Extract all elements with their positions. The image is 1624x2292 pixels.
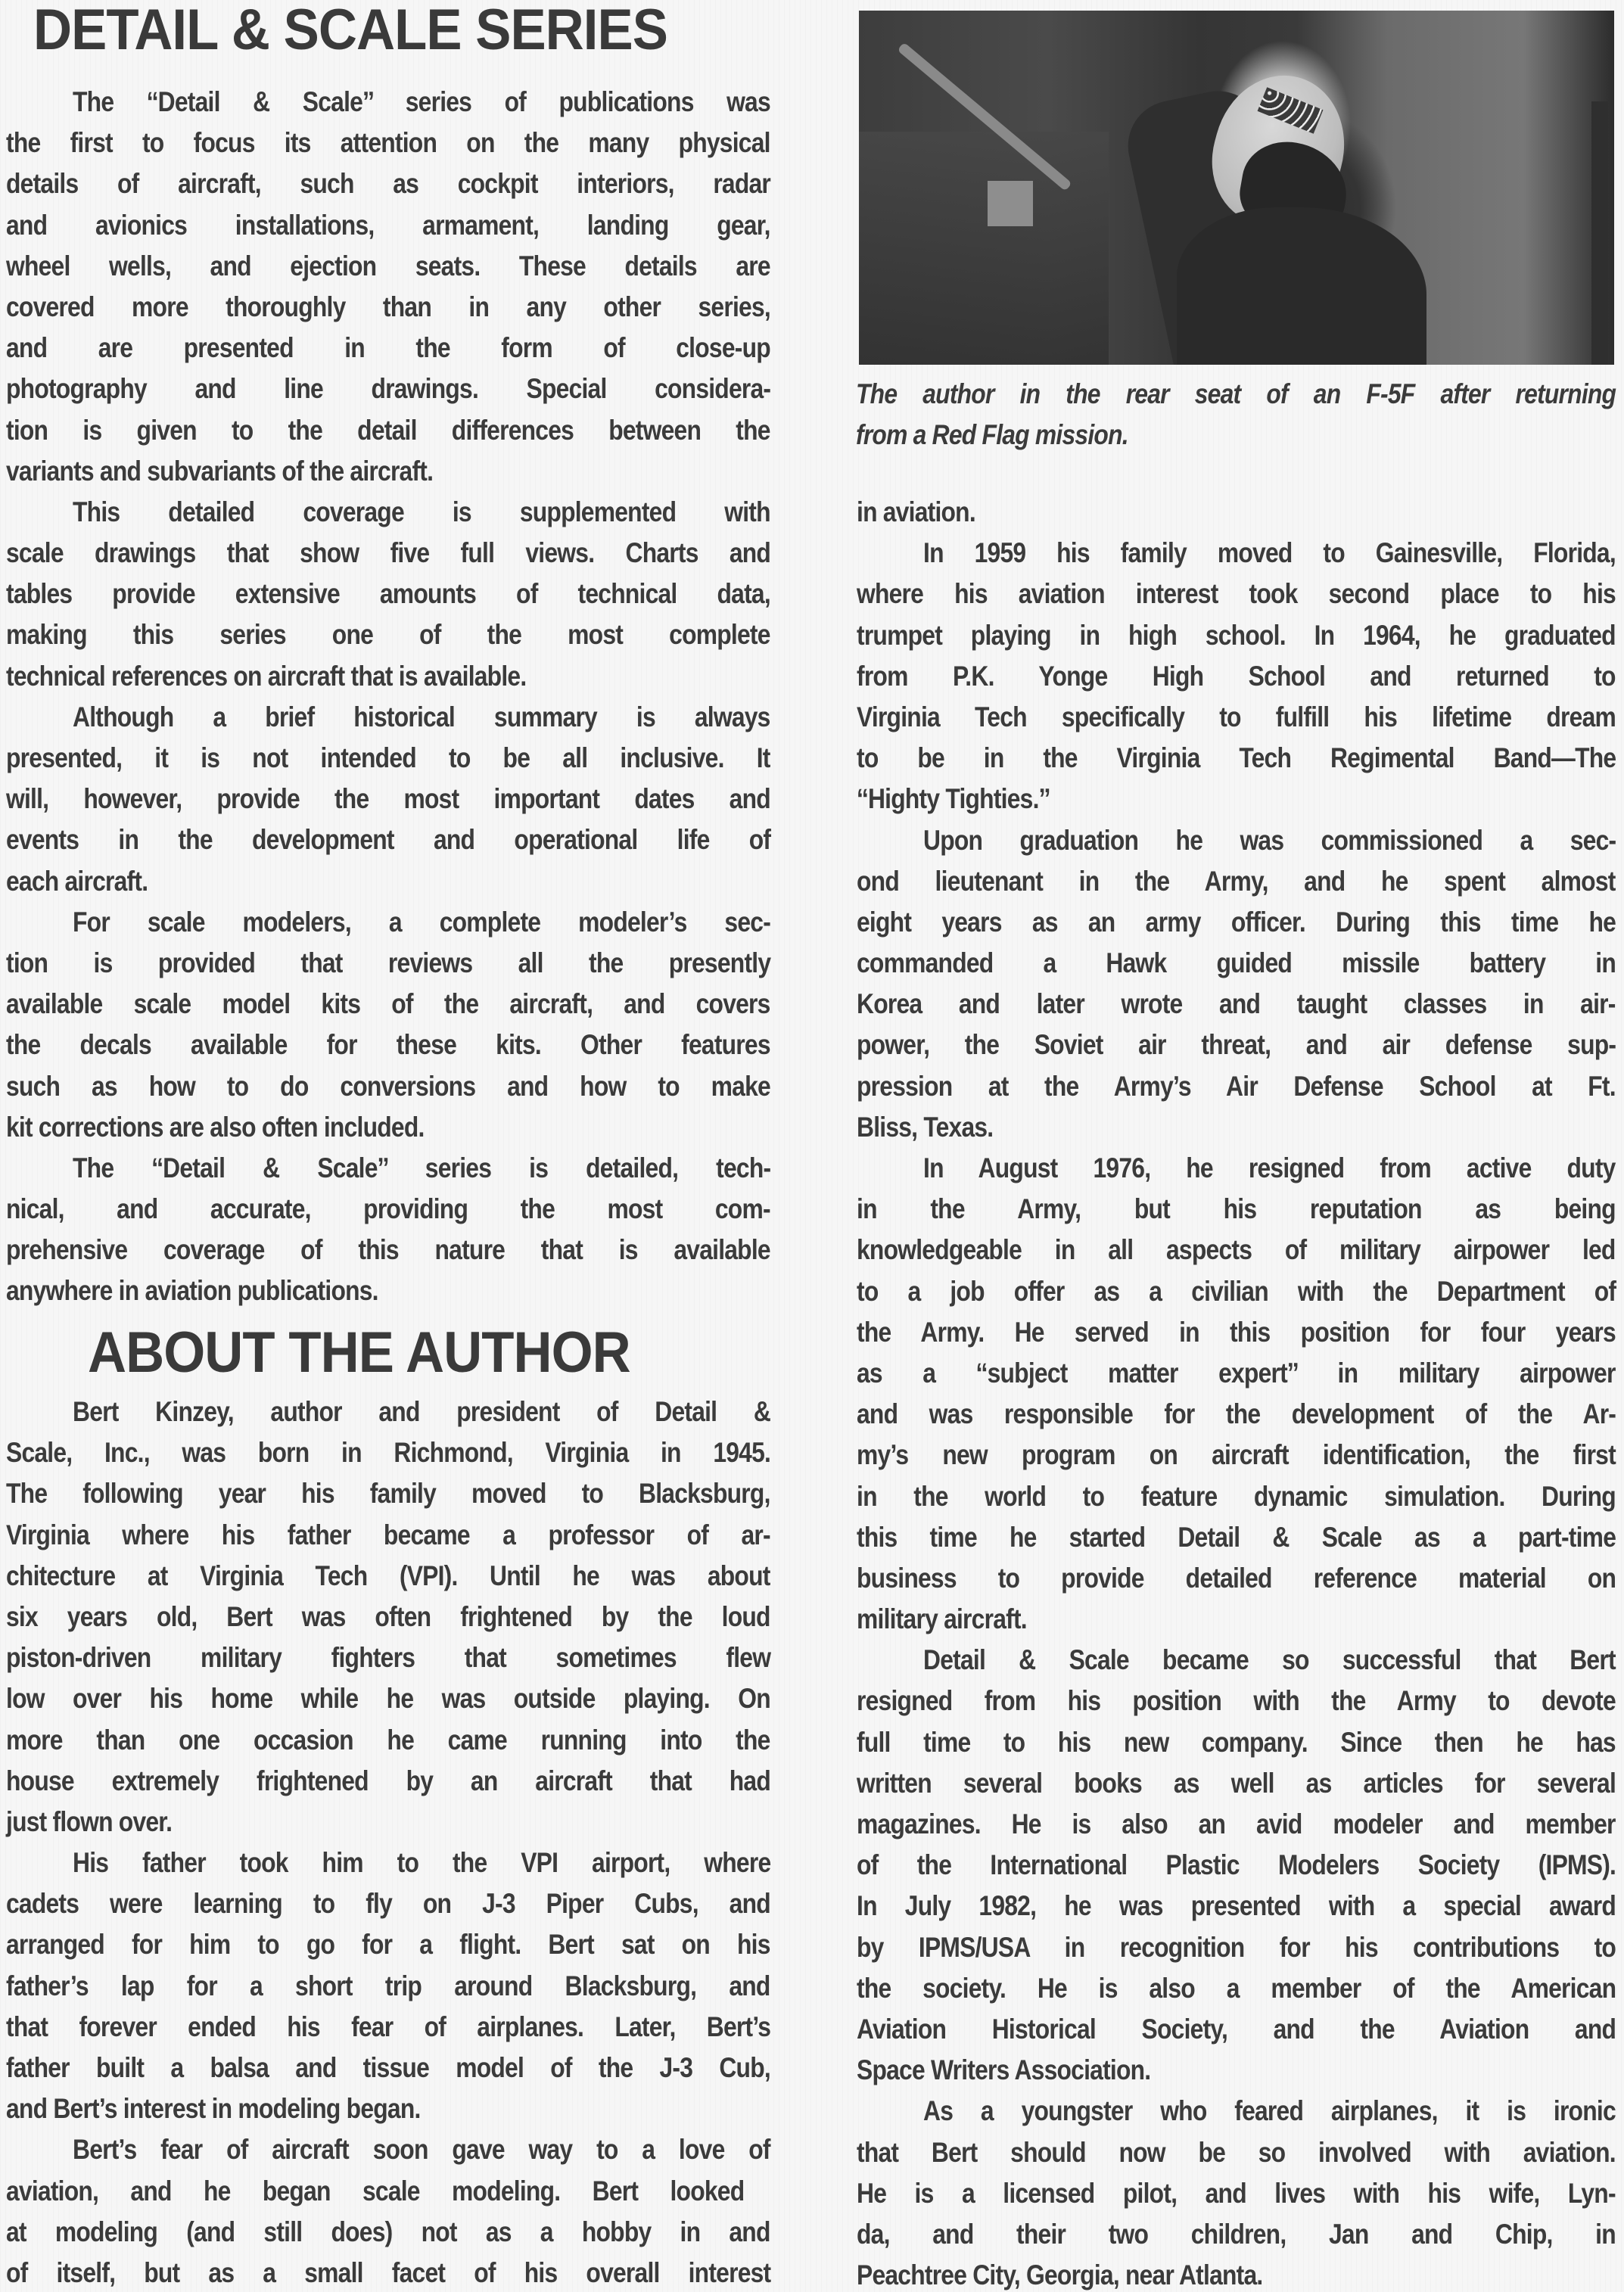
text-line: technical references on aircraft that is… [6,656,770,697]
text-line: to a job offer as a civilian with the De… [857,1271,1616,1312]
text-line: house extremely frightened by an aircraf… [6,1761,770,1802]
text-line: Bert Kinzey, author and president of Det… [6,1392,770,1432]
text-line: full time to his new company. Since then… [857,1722,1616,1763]
text-line: my’s new program on aircraft identificat… [857,1435,1616,1476]
text-line: eight years as an army officer. During t… [857,902,1616,943]
text-line: business to provide detailed reference m… [857,1558,1616,1599]
text-line: He is a licensed pilot, and lives with h… [857,2173,1616,2214]
text-line: the society. He is also a member of the … [857,1968,1616,2009]
text-line: available scale model kits of the aircra… [6,984,770,1025]
document-page: DETAIL & SCALE SERIES The ‘‘Detail & Sca… [0,0,1624,2292]
text-line: written several books as well as article… [857,1763,1616,1804]
text-line: Peachtree City, Georgia, near Atlanta. [857,2255,1616,2292]
text-line: at modeling (and still does) not as a ho… [6,2212,770,2253]
text-line: cadets were learning to fly on J-3 Piper… [6,1883,770,1924]
text-line: each aircraft. [6,861,770,902]
text-line: anywhere in aviation publications. [6,1270,770,1311]
text-line: Korea and later wrote and taught classes… [857,984,1616,1025]
text-line: covered more thoroughly than in any othe… [6,287,770,328]
text-line: The ‘‘Detail & Scale’’ series of publica… [6,82,770,123]
text-line: father built a balsa and tissue model of… [6,2048,770,2088]
text-line: more than one occasion he came running i… [6,1720,770,1761]
text-line: that Bert should now be so involved with… [857,2132,1616,2173]
text-line: Virginia Tech specifically to fulfill hi… [857,697,1616,738]
text-line: ‘‘Highty Tighties.’’ [857,779,1616,819]
text-line: in the Army, but his reputation as being [857,1189,1616,1230]
text-line: As a youngster who feared airplanes, it … [857,2091,1616,2132]
text-line: events in the development and operationa… [6,819,770,860]
text-line: aviation, and he began scale modeling. B… [6,2171,770,2212]
photo-flight-suit [1177,207,1426,365]
text-line: the Army. He served in this position for… [857,1312,1616,1353]
text-line: Although a brief historical summary is a… [6,697,770,738]
text-line: da, and their two children, Jan and Chip… [857,2214,1616,2255]
text-line: the decals available for these kits. Oth… [6,1025,770,1065]
text-line: trumpet playing in high school. In 1964,… [857,615,1616,656]
text-line: nical, and accurate, providing the most … [6,1189,770,1230]
text-line: Detail & Scale became so successful that… [857,1640,1616,1681]
text-line: presented, it is not intended to be all … [6,738,770,779]
text-line: arranged for him to go for a flight. Ber… [6,1924,770,1965]
text-line: kit corrections are also often included. [6,1107,770,1148]
photo-caption: The author in the rear seat of an F-5F a… [856,374,1616,456]
text-line: of itself, but as a small facet of his o… [6,2253,770,2292]
text-line: details of aircraft, such as cockpit int… [6,163,770,204]
text-line: The following year his family moved to B… [6,1473,770,1514]
author-photo [859,11,1614,365]
text-line: chitecture at Virginia Tech (VPI). Until… [6,1556,770,1597]
text-line: tion is given to the detail differences … [6,410,770,451]
text-line: and avionics installations, armament, la… [6,205,770,246]
series-heading: DETAIL & SCALE SERIES [33,2,667,59]
text-line: making this series one of the most compl… [6,614,770,655]
text-line: In August 1976, he resigned from active … [857,1148,1616,1189]
caption-line: The author in the rear seat of an F-5F a… [856,374,1616,415]
text-line: and are presented in the form of close-u… [6,328,770,369]
text-line: military aircraft. [857,1599,1616,1640]
text-line: prehensive coverage of this nature that … [6,1230,770,1270]
text-line: six years old, Bert was often frightened… [6,1597,770,1637]
text-line: knowledgeable in all aspects of military… [857,1230,1616,1270]
text-line: from P.K. Yonge High School and returned… [857,656,1616,697]
text-line: and Bert’s interest in modeling began. [6,2088,770,2129]
text-line: For scale modelers, a complete modeler’s… [6,902,770,943]
photo-canopy-frame [1591,101,1608,365]
author-paragraphs-right: in aviation. In 1959 his family moved to… [857,492,1616,2292]
text-line: This detailed coverage is supplemented w… [6,492,770,533]
text-line: where his aviation interest took second … [857,574,1616,614]
text-line: In 1959 his family moved to Gainesville,… [857,533,1616,574]
text-line: pression at the Army’s Air Defense Schoo… [857,1066,1616,1107]
text-line: power, the Soviet air threat, and air de… [857,1025,1616,1065]
text-line: and was responsible for the development … [857,1394,1616,1435]
author-paragraphs-left: Bert Kinzey, author and president of Det… [6,1392,770,2292]
caption-line: from a Red Flag mission. [856,415,1616,456]
text-line: in aviation. [857,492,1616,533]
text-line: Virginia where his father became a profe… [6,1515,770,1556]
text-line: magazines. He is also an avid modeler an… [857,1804,1616,1845]
text-line: In July 1982, he was presented with a sp… [857,1886,1616,1927]
text-line: Bliss, Texas. [857,1107,1616,1148]
text-line: The ‘‘Detail & Scale’’ series is detaile… [6,1148,770,1189]
text-line: to be in the Virginia Tech Regimental Ba… [857,738,1616,779]
text-line: will, however, provide the most importan… [6,779,770,819]
text-line: His father took him to the VPI airport, … [6,1843,770,1883]
text-line: the first to focus its attention on the … [6,123,770,163]
photo-instrument [988,181,1033,226]
text-line: variants and subvariants of the aircraft… [6,451,770,492]
text-line: tables provide extensive amounts of tech… [6,574,770,614]
text-line: such as how to do conversions and how to… [6,1066,770,1107]
text-line: scale drawings that show five full views… [6,533,770,574]
text-line: of the International Plastic Modelers So… [857,1845,1616,1886]
text-line: wheel wells, and ejection seats. These d… [6,246,770,287]
text-line: resigned from his position with the Army… [857,1681,1616,1721]
text-line: this time he started Detail & Scale as a… [857,1517,1616,1558]
text-line: as a ‘‘subject matter expert’’ in milita… [857,1353,1616,1394]
text-line: Bert’s fear of aircraft soon gave way to… [6,2129,770,2170]
text-line: commanded a Hawk guided missile battery … [857,943,1616,984]
text-line: by IPMS/USA in recognition for his contr… [857,1927,1616,1968]
text-line: just flown over. [6,1802,770,1843]
text-line: Upon graduation he was commissioned a se… [857,820,1616,861]
series-paragraph-1: The ‘‘Detail & Scale’’ series of publica… [6,82,770,1312]
text-line: low over his home while he was outside p… [6,1678,770,1719]
text-line: father’s lap for a short trip around Bla… [6,1966,770,2007]
text-line: photography and line drawings. Special c… [6,369,770,409]
text-line: Scale, Inc., was born in Richmond, Virgi… [6,1432,770,1473]
text-line: Aviation Historical Society, and the Avi… [857,2009,1616,2050]
text-line: Space Writers Association. [857,2050,1616,2091]
text-line: tion is provided that reviews all the pr… [6,943,770,984]
text-line: piston-driven military fighters that som… [6,1637,770,1678]
photo-cockpit-panel [859,132,1109,365]
text-line: in the world to feature dynamic simulati… [857,1476,1616,1517]
author-heading: ABOUT THE AUTHOR [88,1324,630,1382]
text-line: that forever ended his fear of airplanes… [6,2007,770,2048]
text-line: ond lieutenant in the Army, and he spent… [857,861,1616,902]
